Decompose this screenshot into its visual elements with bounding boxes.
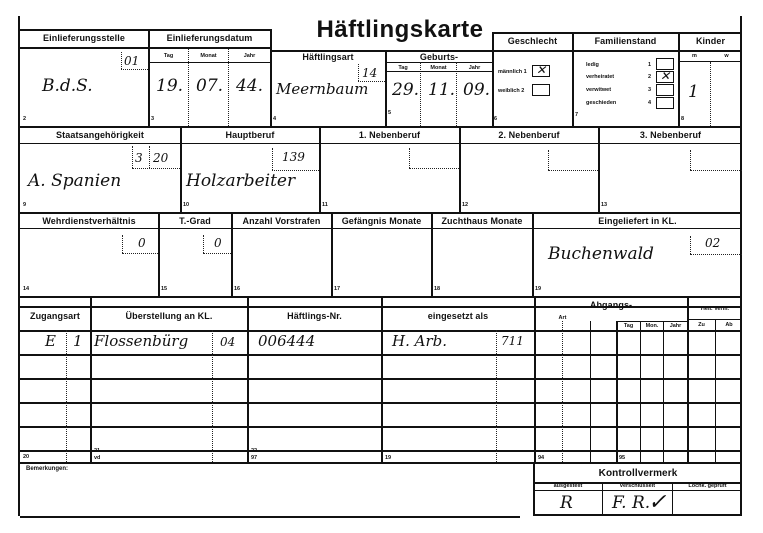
eingesetzt-als-code: 711 <box>501 334 524 348</box>
code-box <box>132 168 180 169</box>
ueberstellung-value: Flossenbürg <box>94 332 188 350</box>
nebenberuf2-label: 2. Nebenberuf <box>460 130 598 140</box>
staatsangehoerigkeit-value: A. Spanien <box>28 171 121 191</box>
familienstand-label: Familienstand <box>573 36 678 46</box>
field-number: 22 <box>251 448 257 454</box>
kontrollvermerk-verschluesselt-header: verschlüsselt <box>603 483 672 489</box>
gefaengnis-monate-label: Gefängnis Monate <box>332 216 431 226</box>
divider <box>148 29 150 126</box>
ueberstellung-header: Überstellung an KL. <box>91 311 247 321</box>
field-number: 7 <box>575 112 578 118</box>
field-number: 5 <box>388 110 391 116</box>
kinder-m-label: m <box>679 53 710 59</box>
abgangs-mon-header: Mon. <box>641 323 663 329</box>
field-number: 11 <box>322 202 328 208</box>
eingeliefert-in-kl-value: Buchenwald <box>548 244 654 264</box>
familienstand-option-label: geschieden <box>586 100 616 106</box>
einlieferungsstelle-value: B.d.S. <box>42 76 93 96</box>
field-number: 2 <box>23 116 26 122</box>
t-grad-code: 0 <box>214 236 222 250</box>
einlieferungsdatum-monat-label: Monat <box>189 53 228 59</box>
eingesetzt-als-value: H. Arb. <box>392 332 447 350</box>
code-box <box>121 69 148 70</box>
einlieferungsdatum-tag-label: Tag <box>149 53 188 59</box>
einlieferungsdatum-jahr: 44. <box>236 76 263 96</box>
heil-verm-header: Heil. Verm. <box>688 306 742 312</box>
geburtsdatum-label: Geburts- <box>386 52 492 62</box>
abgangs-tag-header: Tag <box>617 323 640 329</box>
field-number: 9 <box>23 202 26 208</box>
geburtsdatum-jahr: 09. <box>463 80 490 100</box>
code-box <box>122 253 158 254</box>
staatsangehoerigkeit-code1: 3 <box>135 151 143 165</box>
divider <box>20 47 270 49</box>
field-number: 97 <box>251 455 257 461</box>
divider <box>20 462 742 464</box>
field-number: vd <box>94 455 100 461</box>
einlieferungsstelle-label: Einlieferungsstelle <box>20 33 148 43</box>
zuchthaus-monate-label: Zuchthaus Monate <box>432 216 532 226</box>
field-number: 3 <box>151 116 154 122</box>
field-number: 94 <box>538 455 544 461</box>
staatsangehoerigkeit-code2: 20 <box>153 151 168 165</box>
divider <box>386 71 492 72</box>
check-mark-icon: ✕ <box>536 63 546 77</box>
divider <box>590 321 591 462</box>
code-box <box>358 64 359 81</box>
check-mark-icon: ✕ <box>660 69 670 83</box>
code-box <box>203 253 231 254</box>
familienstand-option-num: 1 <box>648 62 651 68</box>
familienstand-option-label: verwitwet <box>586 87 611 93</box>
kontrollvermerk-ausgestellt-header: ausgestellt <box>534 483 602 489</box>
eingesetzt-als-header: eingesetzt als <box>382 311 534 321</box>
code-box <box>690 236 691 254</box>
divider <box>492 32 494 126</box>
divider <box>20 143 742 144</box>
kontrollvermerk-ausgestellt-value: R <box>560 493 573 513</box>
zugangsart-value: E <box>45 332 56 350</box>
heil-zu-header: Zu <box>688 322 715 328</box>
einlieferungsdatum-monat: 07. <box>196 76 223 96</box>
hauptberuf-code: 139 <box>282 150 305 164</box>
code-box <box>409 148 410 168</box>
divider <box>687 319 742 320</box>
einlieferungsdatum-tag: 19. <box>156 76 183 96</box>
geschlecht-checkbox-weiblich[interactable] <box>532 84 550 96</box>
divider <box>270 29 272 126</box>
familienstand-checkbox-verwitwet[interactable] <box>656 84 674 96</box>
familienstand-option-num: 2 <box>648 74 651 80</box>
field-number: 12 <box>462 202 468 208</box>
field-number: 15 <box>161 286 167 292</box>
field-number: 14 <box>23 286 29 292</box>
geschlecht-option-label: männlich 1 <box>498 69 527 75</box>
divider <box>715 319 716 462</box>
code-box <box>132 146 133 168</box>
divider <box>534 514 742 516</box>
divider <box>663 321 664 462</box>
divider <box>496 330 497 462</box>
field-number: 16 <box>234 286 240 292</box>
familienstand-option-num: 3 <box>648 87 651 93</box>
divider <box>616 321 618 462</box>
divider <box>228 49 229 126</box>
divider <box>562 321 563 462</box>
field-number: 8 <box>681 116 684 122</box>
divider <box>492 32 742 34</box>
haeftlingskarte-card: Häftlingskarte Einlieferungsstelle 01 B.… <box>18 16 742 516</box>
hauptberuf-value: Holzarbeiter <box>186 171 295 191</box>
zugangsart-code: 1 <box>73 332 83 350</box>
field-number: 19 <box>535 286 541 292</box>
code-box <box>409 168 459 169</box>
kinder-label: Kinder <box>679 36 742 46</box>
divider <box>20 126 742 128</box>
code-box <box>690 170 742 171</box>
kinder-m-value: 1 <box>688 82 699 102</box>
card-title: Häftlingskarte <box>290 16 510 44</box>
field-number: 21 <box>94 448 100 454</box>
code-box <box>690 254 742 255</box>
divider <box>188 49 189 126</box>
familienstand-checkbox-verheiratet[interactable]: ✕ <box>656 71 674 83</box>
hauptberuf-label: Hauptberuf <box>181 130 319 140</box>
code-box <box>548 150 549 170</box>
anzahl-vorstrafen-label: Anzahl Vorstrafen <box>232 216 331 226</box>
einlieferungsdatum-label: Einlieferungsdatum <box>149 33 270 43</box>
divider <box>20 516 520 518</box>
code-box <box>122 235 123 253</box>
wehrdienstverhaeltnis-code: 0 <box>138 236 146 250</box>
field-number: 18 <box>434 286 440 292</box>
einlieferungsstelle-code: 01 <box>124 54 139 68</box>
geburtsdatum-tag: 29. <box>392 80 419 100</box>
divider <box>20 228 742 229</box>
divider <box>572 32 574 126</box>
geschlecht-option-label: weiblich 2 <box>498 88 524 94</box>
haeftlings-nr-header: Häftlings-Nr. <box>248 311 381 321</box>
field-number: 4 <box>273 116 276 122</box>
t-grad-label: T.-Grad <box>159 216 231 226</box>
field-number: 13 <box>601 202 607 208</box>
divider <box>20 212 742 214</box>
abgangs-art-header: Art <box>535 315 590 321</box>
einlieferungsdatum-jahr-label: Jahr <box>229 53 270 59</box>
divider <box>212 330 213 462</box>
eingeliefert-in-kl-code: 02 <box>705 236 720 250</box>
code-box <box>121 52 122 69</box>
haeftlingsart-code: 14 <box>362 66 377 80</box>
field-number: 17 <box>334 286 340 292</box>
divider <box>710 62 711 126</box>
code-box <box>149 146 150 168</box>
divider <box>534 490 742 491</box>
bemerkungen-label: Bemerkungen: <box>26 466 68 472</box>
divider <box>616 321 687 322</box>
geschlecht-checkbox-maennlich[interactable]: ✕ <box>532 65 550 77</box>
haeftlings-nr-value: 006444 <box>258 332 315 350</box>
divider <box>385 62 492 63</box>
code-box <box>272 148 273 170</box>
divider <box>678 32 680 126</box>
kontrollvermerk-verschluesselt-value: F. R. <box>612 493 650 513</box>
geburtsdatum-monat: 11. <box>428 80 455 100</box>
eingeliefert-in-kl-label: Eingeliefert in KL. <box>533 216 742 226</box>
nebenberuf1-label: 1. Nebenberuf <box>320 130 459 140</box>
abgangs-jahr-header: Jahr <box>664 323 687 329</box>
wehrdienstverhaeltnis-label: Wehrdienstverhältnis <box>20 216 158 226</box>
code-box <box>203 235 204 253</box>
divider <box>66 330 67 462</box>
familienstand-option-num: 4 <box>648 100 651 106</box>
familienstand-checkbox-geschieden[interactable] <box>656 97 674 109</box>
kontrollvermerk-label: Kontrollvermerk <box>534 468 742 479</box>
code-box <box>690 150 691 170</box>
field-number: 6 <box>494 116 497 122</box>
kontrollvermerk-lochk-header: Lochk. geprüft <box>673 483 742 489</box>
heil-ab-header: Ab <box>716 322 742 328</box>
geschlecht-label: Geschlecht <box>493 36 572 46</box>
divider <box>640 321 641 462</box>
zugangsart-header: Zugangsart <box>20 311 90 321</box>
haeftlingsart-value: Meernbaum <box>276 80 368 98</box>
kinder-w-label: w <box>711 53 742 59</box>
divider <box>687 296 689 462</box>
abgangs-header: Abgangs- <box>535 300 687 310</box>
familienstand-option-label: ledig <box>586 62 599 68</box>
field-number: 20 <box>23 454 29 460</box>
code-box <box>548 170 598 171</box>
divider <box>149 62 270 63</box>
familienstand-option-label: verheiratet <box>586 74 614 80</box>
haeftlingsart-label: Häftlingsart <box>271 52 385 62</box>
field-number: 95 <box>619 455 625 461</box>
kontrollvermerk-checkmark: ✓ <box>648 490 666 515</box>
nebenberuf3-label: 3. Nebenberuf <box>599 130 742 140</box>
ueberstellung-code: 04 <box>220 335 235 349</box>
staatsangehoerigkeit-label: Staatsangehörigkeit <box>20 130 180 140</box>
field-number: 10 <box>183 202 189 208</box>
field-number: 19 <box>385 455 391 461</box>
divider <box>20 29 270 31</box>
